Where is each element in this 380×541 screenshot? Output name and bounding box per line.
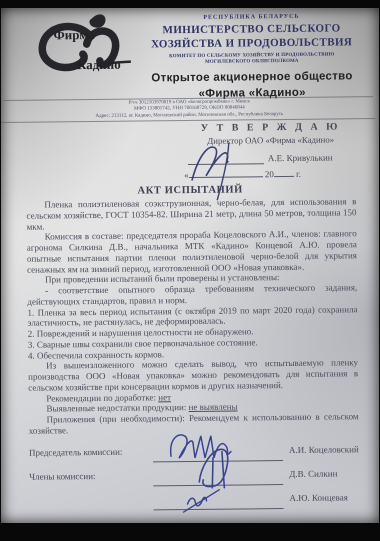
country-line: РЕСПУБЛИКА БЕЛАРУСЬ <box>134 13 368 21</box>
chairman-name: А.И. Коцеловский <box>289 444 359 455</box>
chairman-label: Председатель комиссии: <box>29 447 123 458</box>
member2-signature <box>179 488 235 515</box>
recommendations-label: Рекомендации по доработке: <box>46 392 158 403</box>
defects-label: Выявленные недостатки продукции: <box>46 402 188 413</box>
company-logo: Фирма Кадино <box>26 12 137 77</box>
org-type-line: Открытое акционерное общество <box>135 69 369 85</box>
ministry-line-2: ХОЗЯЙСТВА И ПРОДОВОЛЬСТВИЯ <box>135 36 369 52</box>
date-suffix: г. <box>296 169 301 179</box>
member1-name: Д.В. Силкин <box>289 468 337 479</box>
recommendations-value: нет <box>158 392 171 402</box>
director-name: А.Е. Кривулькин <box>268 153 333 164</box>
document-photo: Фирма Кадино РЕСПУБЛИКА БЕЛАРУСЬ МИНИСТЕ… <box>1 8 379 523</box>
paragraph-conclusion: Из вышеизложенного можно сделать вывод, … <box>28 357 358 393</box>
approve-stamp-word: У Т В Е Р Ж Д А Ю <box>182 121 360 134</box>
document-body: Пленка полиэтиленовая соэкструзионная, ч… <box>26 196 358 436</box>
paragraph-commission: Комиссия в составе: председателя прораба… <box>27 229 357 275</box>
defects-value: не выявлены <box>189 402 238 413</box>
members-label: Члены комиссии: <box>29 471 95 482</box>
logo-leaf-icon <box>89 14 105 27</box>
photo-background: Фирма Кадино РЕСПУБЛИКА БЕЛАРУСЬ МИНИСТЕ… <box>0 0 380 541</box>
svg-text:Фирма: Фирма <box>53 27 95 42</box>
svg-text:Кадино: Кадино <box>77 57 121 72</box>
member2-name: А.Ю. Концевая <box>289 492 348 503</box>
director-signature <box>184 135 277 204</box>
member1-signature <box>189 447 249 490</box>
